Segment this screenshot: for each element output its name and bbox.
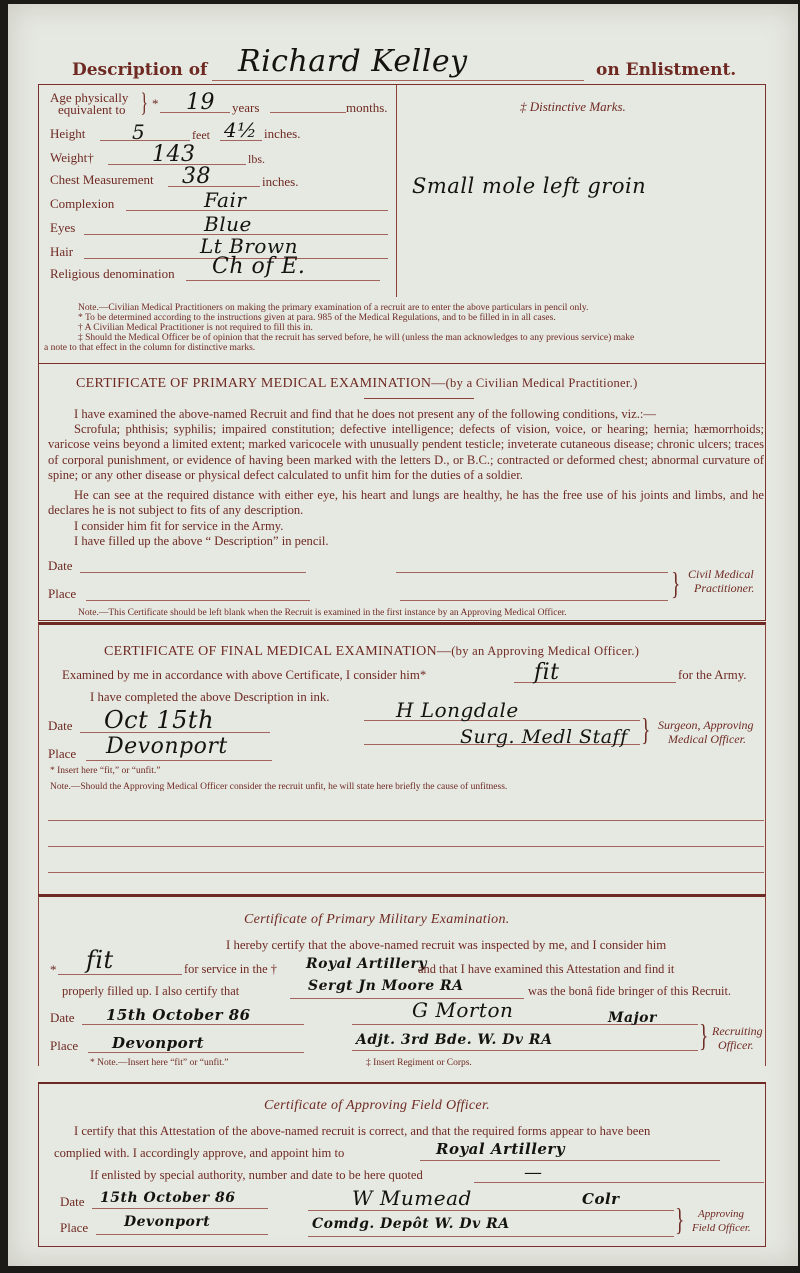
primary-medical-title-sub: (by a Civilian Medical Practitioner.) [446, 376, 638, 390]
final-medical-line1a: Examined by me in accordance with above … [62, 668, 426, 683]
height-feet-value: 5 [132, 120, 145, 144]
primary-military-signature: G Morton [412, 998, 513, 1022]
note-para-985: * To be determined according to the inst… [78, 313, 556, 323]
note-served-before: ‡ Should the Medical Officer be of opini… [78, 333, 634, 343]
recruit-name: Richard Kelley [238, 44, 468, 79]
field-officer-appointment-line [420, 1160, 720, 1161]
primary-medical-note: Note.—This Certificate should be left bl… [78, 608, 567, 618]
lbs-label: lbs. [248, 152, 265, 167]
primary-military-bringer: Sergt Jn Moore RA [308, 978, 464, 994]
field-officer-signature-title: Comdg. Depôt W. Dv RA [312, 1216, 510, 1232]
primary-medical-place-line [86, 600, 310, 601]
age-asterisk: * [152, 96, 159, 112]
primary-medical-brace: } [671, 570, 680, 596]
field-officer-line1: I certify that this Attestation of the a… [74, 1124, 650, 1139]
primary-military-signature-title: Adjt. 3rd Bde. W. Dv RA [356, 1032, 552, 1048]
primary-military-note-left: * Note.—Insert here “fit” or “unfit.” [90, 1058, 228, 1068]
age-label-2: equivalent to [58, 102, 126, 118]
religion-label: Religious denomination [50, 266, 175, 282]
final-medical-date: Oct 15th [104, 706, 214, 734]
field-officer-rank: Colr [582, 1190, 620, 1208]
distinctive-marks-label: ‡ Distinctive Marks. [520, 99, 626, 115]
primary-military-brace: } [699, 1022, 708, 1048]
unfitness-line-3 [48, 872, 764, 873]
field-officer-signature-line [308, 1210, 674, 1211]
primary-medical-divider [38, 622, 766, 625]
primary-military-rank: Major [608, 1010, 657, 1026]
chest-unit: inches. [262, 174, 298, 190]
primary-military-signer-1: Recruiting [712, 1024, 763, 1039]
field-officer-place: Devonport [124, 1214, 210, 1230]
primary-military-corps: Royal Artillery [306, 956, 427, 972]
unfitness-line-2 [48, 846, 764, 847]
military-left-border [38, 896, 39, 1066]
chest-label: Chest Measurement [50, 172, 154, 188]
complexion-value: Fair [204, 188, 246, 212]
primary-medical-signer-2: Practitioner. [694, 581, 754, 596]
primary-medical-designation-line [400, 600, 668, 601]
primary-medical-date-line [80, 572, 306, 573]
primary-military-place-line [88, 1052, 304, 1053]
enlistment-form: Description of Richard Kelley on Enlistm… [8, 4, 798, 1266]
primary-medical-conditions: Scrofula; phthisis; syphilis; impaired c… [48, 422, 764, 483]
note-distinctive: a note to that effect in the column for … [44, 343, 255, 353]
years-label: years [232, 100, 259, 116]
final-medical-left-border [38, 624, 39, 896]
final-medical-verdict: fit [534, 660, 560, 685]
primary-medical-para3: He can see at the required distance with… [48, 488, 764, 517]
final-medical-note: Note.—Should the Approving Medical Offic… [50, 782, 507, 792]
inches-label: inches. [264, 126, 300, 142]
age-months-line [270, 112, 346, 113]
final-medical-signature: H Longdale [396, 698, 519, 722]
primary-medical-place-label: Place [48, 586, 76, 602]
military-right-border [765, 896, 766, 1066]
age-brace: } [140, 90, 147, 116]
feet-label: feet [192, 128, 210, 143]
final-medical-place: Devonport [106, 734, 228, 759]
primary-military-signer-2: Officer. [718, 1038, 754, 1053]
final-medical-signer-1: Surgeon, Approving [658, 718, 754, 733]
primary-military-date-line [82, 1024, 304, 1025]
field-officer-line3: If enlisted by special authority, number… [90, 1168, 423, 1183]
field-officer-place-line [96, 1234, 268, 1235]
primary-military-line3b: was the bonâ fide bringer of this Recrui… [528, 984, 731, 999]
primary-medical-signature-line [396, 572, 668, 573]
final-medical-place-label: Place [48, 746, 76, 762]
distinctive-marks-value: Small mole left groin [412, 174, 646, 198]
final-medical-title-sub: (by an Approving Medical Officer.) [451, 644, 639, 658]
note-civilian: † A Civilian Medical Practitioner is not… [78, 323, 313, 333]
field-officer-brace: } [675, 1206, 684, 1232]
field-officer-date-line [92, 1208, 268, 1209]
primary-military-line1: I hereby certify that the above-named re… [226, 938, 666, 953]
header-prefix: Description of [72, 60, 207, 80]
primary-military-date: 15th October 86 [106, 1006, 251, 1024]
unfitness-line-1 [48, 820, 764, 821]
field-officer-title-line [308, 1236, 674, 1237]
field-officer-signature: W Mumead [352, 1186, 472, 1210]
note-pencil: Note.—Civilian Medical Practitioners on … [78, 303, 588, 313]
primary-military-place-label: Place [50, 1038, 78, 1054]
primary-military-title: Certificate of Primary Military Examinat… [244, 912, 510, 928]
final-medical-date-label: Date [48, 718, 73, 734]
field-officer-signer-2: Field Officer. [692, 1222, 751, 1234]
chest-value: 38 [182, 164, 211, 189]
primary-military-title-line [352, 1050, 698, 1051]
final-medical-title-main: CERTIFICATE OF FINAL MEDICAL EXAMINATION… [104, 644, 451, 659]
final-medical-signer-2: Medical Officer. [668, 732, 746, 747]
primary-medical-title-rule [364, 398, 474, 399]
complexion-label: Complexion [50, 196, 114, 212]
height-inches-value: 4½ [224, 118, 257, 142]
final-medical-line1b: for the Army. [678, 668, 746, 683]
primary-military-note-right: ‡ Insert Regiment or Corps. [366, 1058, 472, 1068]
final-medical-title: CERTIFICATE OF FINAL MEDICAL EXAMINATION… [104, 644, 639, 660]
months-label: months. [346, 100, 388, 116]
name-underline [212, 80, 584, 81]
primary-medical-para1: I have examined the above-named Recruit … [74, 407, 764, 422]
primary-medical-sight: He can see at the required distance with… [48, 488, 764, 519]
height-label: Height [50, 126, 85, 142]
eyes-label: Eyes [50, 220, 75, 236]
primary-medical-title-main: CERTIFICATE OF PRIMARY MEDICAL EXAMINATI… [76, 376, 446, 391]
field-officer-appointment: Royal Artillery [436, 1140, 565, 1158]
field-officer-place-label: Place [60, 1220, 88, 1236]
hair-label: Hair [50, 244, 73, 260]
eyes-value: Blue [204, 212, 252, 236]
primary-military-asterisk: * [50, 962, 57, 978]
final-medical-place-line [86, 760, 272, 761]
religion-value: Ch of E. [212, 254, 305, 279]
field-officer-title: Certificate of Approving Field Officer. [264, 1098, 490, 1114]
final-medical-brace: } [641, 716, 650, 742]
primary-military-line2a: for service in the † [184, 962, 277, 977]
primary-medical-para2: Scrofula; phthisis; syphilis; impaired c… [48, 422, 764, 482]
field-officer-date: 15th October 86 [100, 1190, 235, 1206]
final-medical-divider [38, 894, 766, 897]
religion-line [186, 280, 380, 281]
primary-military-line3a: properly filled up. I also certify that [62, 984, 239, 999]
age-years-value: 19 [186, 90, 215, 115]
primary-medical-para4: I consider him fit for service in the Ar… [74, 519, 674, 534]
description-divider [396, 85, 397, 297]
final-medical-insert-note: * Insert here “fit,” or “unfit.” [50, 766, 161, 776]
final-medical-right-border [765, 624, 766, 896]
weight-label: Weight† [50, 150, 94, 166]
field-officer-special: — [524, 1162, 543, 1183]
primary-military-verdict: fit [86, 946, 114, 974]
primary-medical-para5: I have filled up the above “ Description… [74, 534, 674, 549]
primary-medical-title: CERTIFICATE OF PRIMARY MEDICAL EXAMINATI… [76, 376, 638, 392]
primary-medical-signer-1: Civil Medical [688, 567, 754, 582]
final-medical-line2: I have completed the above Description i… [90, 690, 330, 705]
field-officer-line2a: complied with. I accordingly approve, an… [54, 1146, 344, 1161]
primary-military-line2b: and that I have examined this Attestatio… [418, 962, 674, 977]
primary-military-place: Devonport [112, 1034, 204, 1052]
field-officer-signer-1: Approving [698, 1208, 744, 1220]
complexion-line [126, 210, 388, 211]
field-officer-special-line [474, 1182, 764, 1183]
header-suffix: on Enlistment. [596, 60, 736, 80]
primary-medical-date-label: Date [48, 558, 73, 574]
primary-military-verdict-line [58, 974, 182, 975]
final-medical-signature-title: Surg. Medl Staff [460, 726, 628, 748]
primary-military-date-label: Date [50, 1010, 75, 1026]
field-officer-date-label: Date [60, 1194, 85, 1210]
